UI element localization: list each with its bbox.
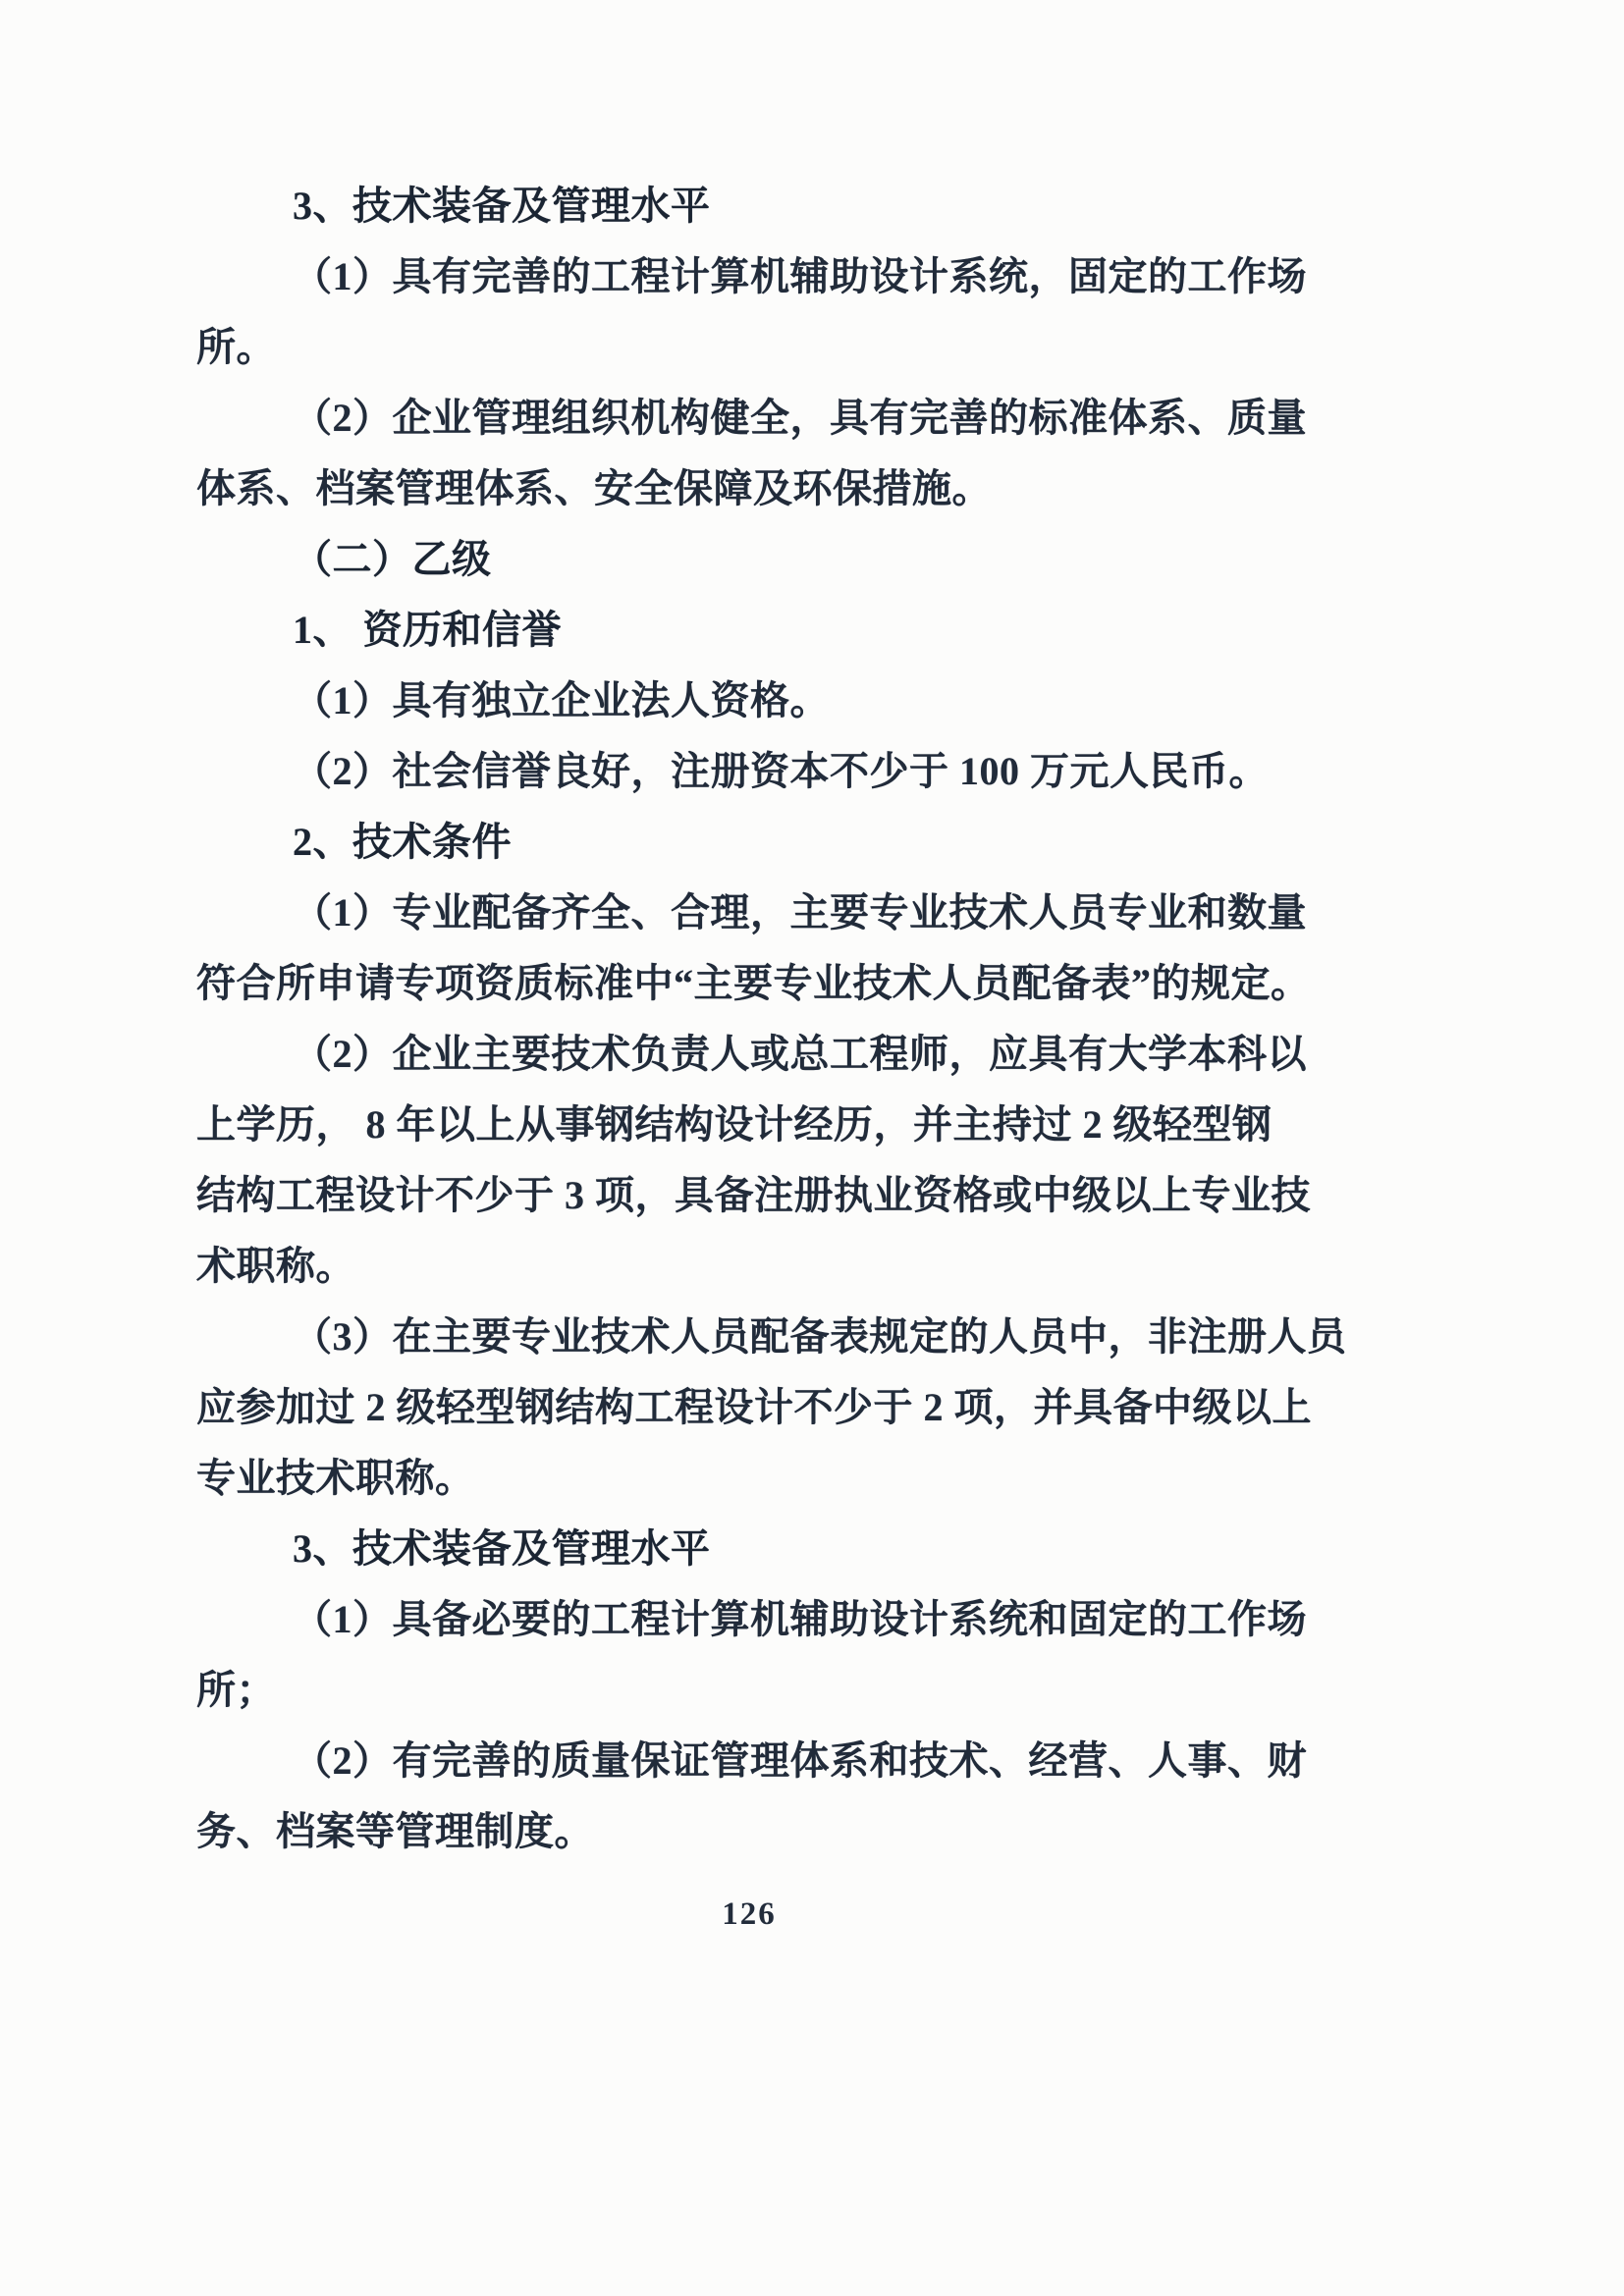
text-line: 上学历， 8 年以上从事钢结构设计经历，并主持过 2 级轻型钢 bbox=[196, 1090, 1365, 1160]
text-line: 体系、档案管理体系、安全保障及环保措施。 bbox=[196, 454, 1365, 524]
text-line: （1）具备必要的工程计算机辅助设计系统和固定的工作场 bbox=[196, 1584, 1365, 1655]
page-number: 126 bbox=[676, 1893, 823, 1936]
heading-line: 3、技术装备及管理水平 bbox=[196, 1514, 1365, 1584]
text-line: （1）具有独立企业法人资格。 bbox=[196, 666, 1365, 736]
text-line: 术职称。 bbox=[196, 1231, 1365, 1302]
text-line: （1）专业配备齐全、合理，主要专业技术人员专业和数量 bbox=[196, 878, 1365, 948]
text-line: 应参加过 2 级轻型钢结构工程设计不少于 2 项，并具备中级以上 bbox=[196, 1372, 1365, 1443]
heading-line: 3、技术装备及管理水平 bbox=[196, 171, 1365, 241]
text-line: （2）社会信誉良好，注册资本不少于 100 万元人民币。 bbox=[196, 736, 1365, 807]
document-page: 3、技术装备及管理水平（1）具有完善的工程计算机辅助设计系统，固定的工作场所。（… bbox=[0, 0, 1624, 2296]
text-line: （2）企业管理组织机构健全，具有完善的标准体系、质量 bbox=[196, 383, 1365, 454]
text-line: 务、档案等管理制度。 bbox=[196, 1796, 1365, 1867]
text-line: 所； bbox=[196, 1655, 1365, 1726]
heading-line: 2、技术条件 bbox=[196, 807, 1365, 878]
text-line: 专业技术职称。 bbox=[196, 1443, 1365, 1514]
text-line: 结构工程设计不少于 3 项，具备注册执业资格或中级以上专业技 bbox=[196, 1160, 1365, 1231]
text-line: （2）企业主要技术负责人或总工程师，应具有大学本科以 bbox=[196, 1019, 1365, 1090]
text-line: （1）具有完善的工程计算机辅助设计系统，固定的工作场 bbox=[196, 241, 1365, 312]
text-line: （2）有完善的质量保证管理体系和技术、经营、人事、财 bbox=[196, 1726, 1365, 1796]
heading-line: 1、 资历和信誉 bbox=[196, 595, 1365, 666]
text-line: 符合所申请专项资质标准中“主要专业技术人员配备表”的规定。 bbox=[196, 948, 1365, 1019]
text-line: （3）在主要专业技术人员配备表规定的人员中，非注册人员 bbox=[196, 1302, 1365, 1372]
heading-line: （二）乙级 bbox=[196, 524, 1365, 595]
text-line: 所。 bbox=[196, 312, 1365, 383]
document-text-block: 3、技术装备及管理水平（1）具有完善的工程计算机辅助设计系统，固定的工作场所。（… bbox=[196, 171, 1365, 1867]
